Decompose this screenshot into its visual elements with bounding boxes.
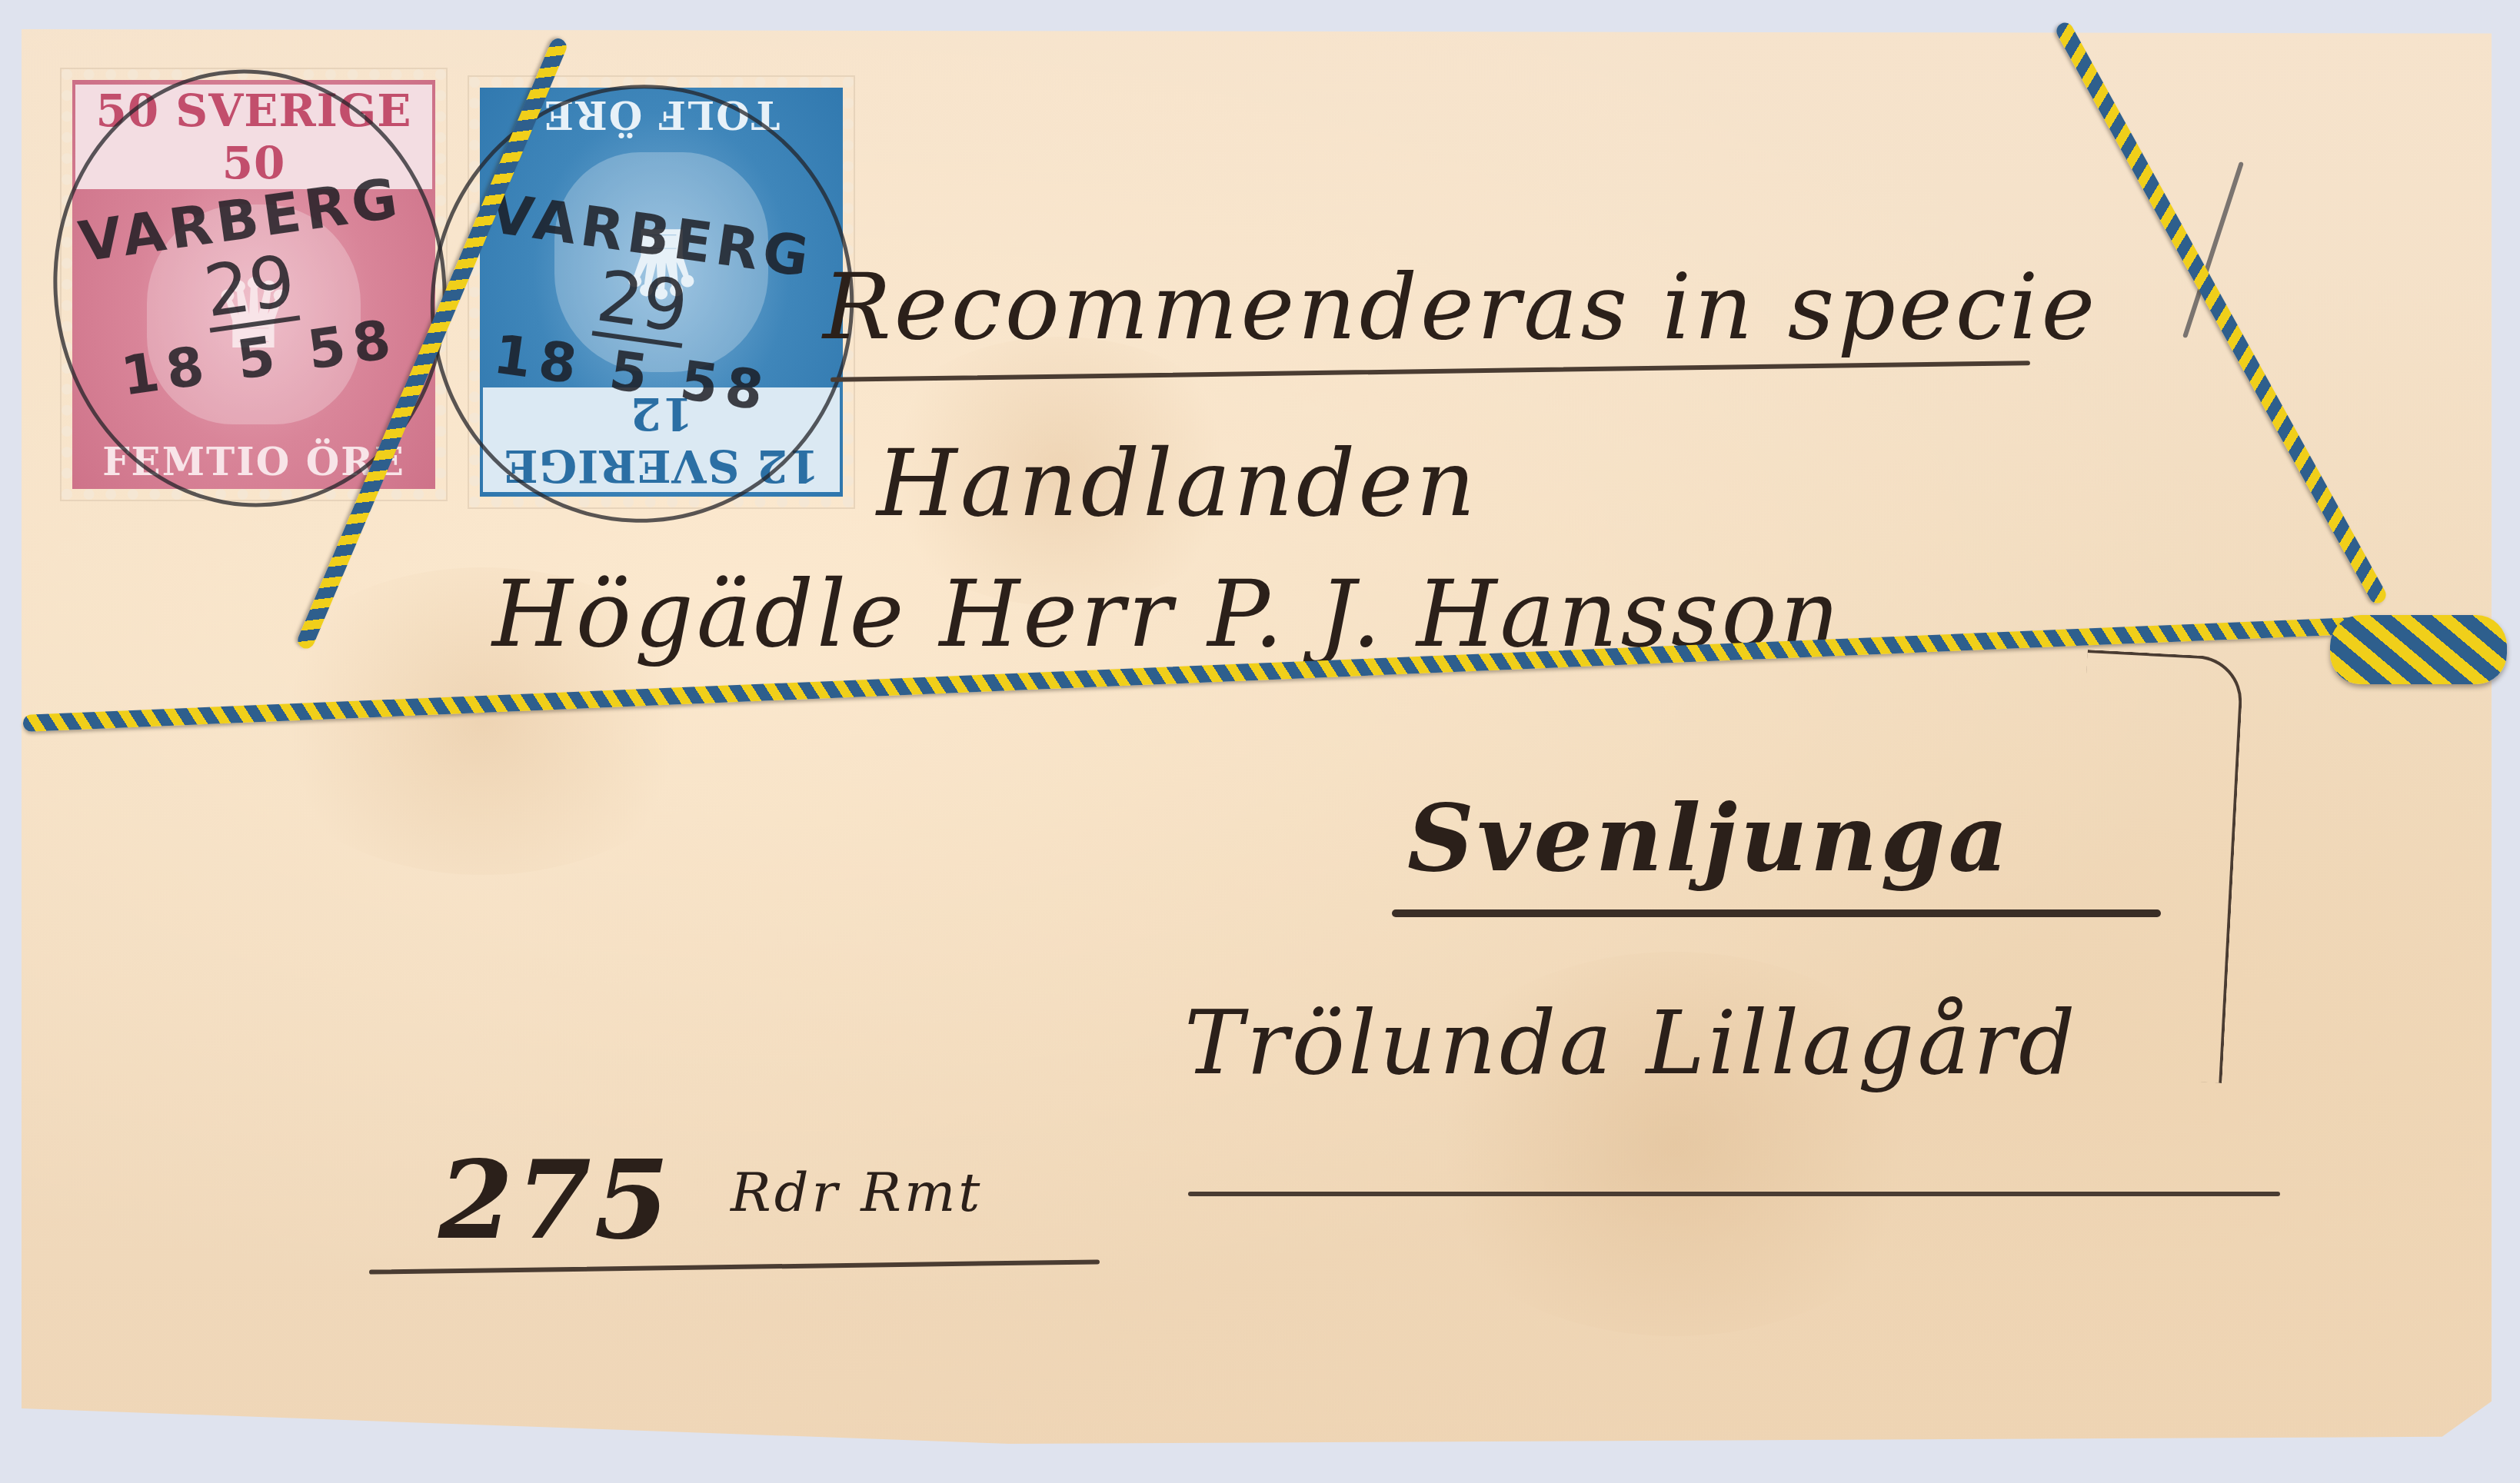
cord-knot <box>2330 615 2507 684</box>
recipient-title: Handlanden <box>877 431 1479 537</box>
registration-instruction: Recommenderas in specie <box>823 254 2098 360</box>
declared-amount: 275 <box>438 1138 672 1264</box>
postmark-day: 29 <box>592 261 692 347</box>
ink-bracket-stroke <box>2066 650 2245 1083</box>
underline <box>1188 1192 2280 1196</box>
destination-farm: Trölunda Lillagård <box>1184 992 2079 1095</box>
underline <box>1392 909 2161 917</box>
currency-abbreviation: Rdr Rmt <box>731 1161 983 1224</box>
postmark-day: 29 <box>200 245 300 332</box>
destination-town: Svenljunga <box>1407 784 2011 893</box>
